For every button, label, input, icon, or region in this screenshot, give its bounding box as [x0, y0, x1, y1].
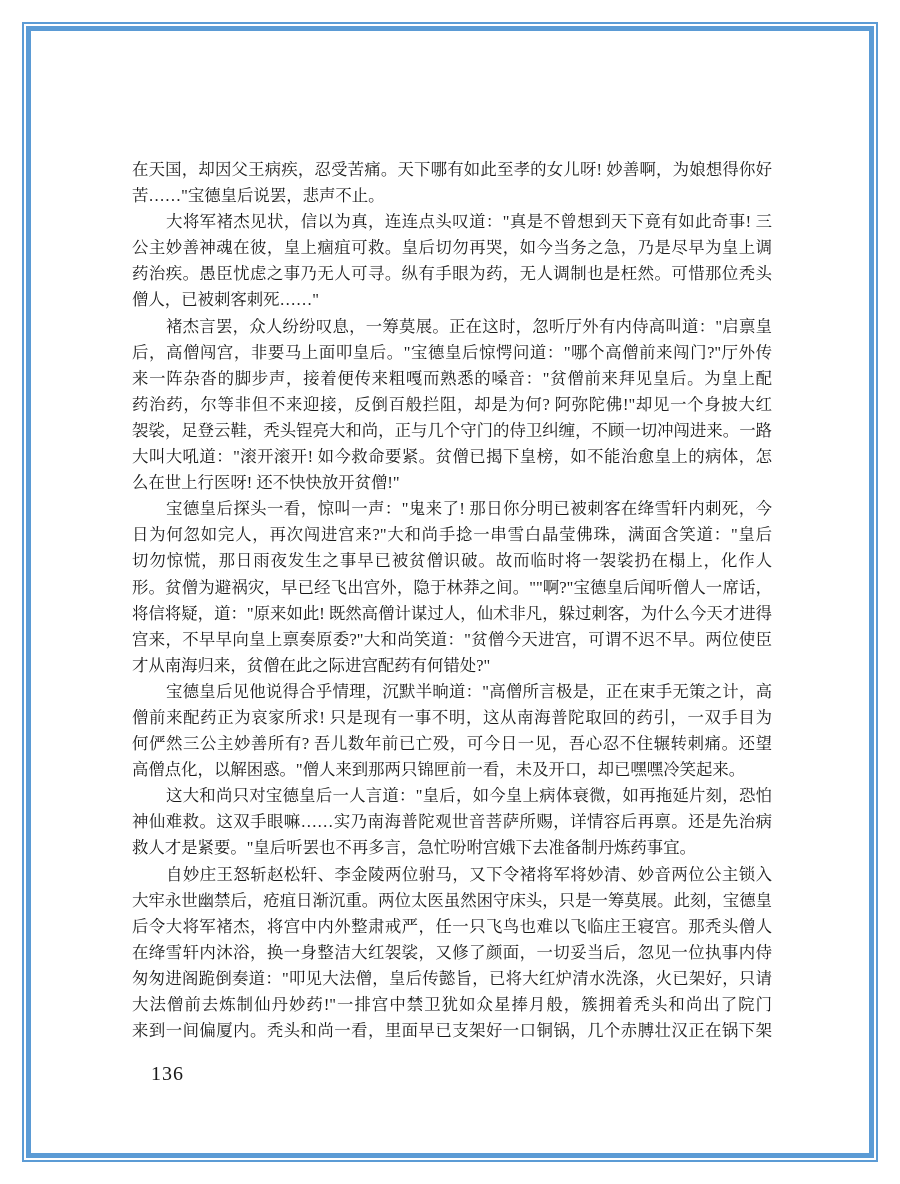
text-line: 自妙庄王怒斩赵松轩、李金陵两位驸马，又下令褚将军将妙清、妙音两位公主锁入 — [132, 862, 772, 888]
text-line: 来到一间偏厦内。秃头和尚一看，里面早已支架好一口铜锅，几个赤膊壮汉正在锅下架 — [132, 1018, 772, 1044]
text-line: 宝德皇后探头一看，惊叫一声："鬼来了! 那日你分明已被刺客在绛雪轩内刺死，今 — [132, 496, 772, 522]
text-line: 切勿惊慌，那日雨夜发生之事早已被贫僧识破。故而临时将一袈裟扔在榻上，化作人 — [132, 548, 772, 574]
text-line: 后，高僧闯宫，非要马上面叩皇后。"宝德皇后惊愕问道："哪个高僧前来闯门?"厅外传 — [132, 340, 772, 366]
text-line: 么在世上行医呀! 还不快快放开贫僧!" — [132, 470, 772, 496]
text-line: 匆匆进阁跪倒奏道："叩见大法僧，皇后传懿旨，已将大红炉清水洗涤，火已架好，只请 — [132, 966, 772, 992]
text-line: 才从南海归来，贫僧在此之际进宫配药有何错处?" — [132, 653, 772, 679]
text-line: 日为何忽如完人，再次闯进宫来?"大和尚手捻一串雪白晶莹佛珠，满面含笑道："皇后 — [132, 522, 772, 548]
text-line: 大牢永世幽禁后，疮疽日渐沉重。两位太医虽然困守床头，只是一筹莫展。此刻，宝德皇 — [132, 888, 772, 914]
text-line: 在绛雪轩内沐浴，换一身整洁大红袈裟，又修了颜面，一切妥当后，忽见一位执事内侍 — [132, 940, 772, 966]
book-page: { "page": { "frame_color": "#5B9BD5", "p… — [0, 0, 900, 1184]
text-line: 何俨然三公主妙善所有? 吾儿数年前已亡殁，可今日一见，吾心忍不住辗转刺痛。还望 — [132, 731, 772, 757]
text-line: 公主妙善神魂在彼，皇上痼疽可救。皇后切勿再哭，如今当务之急，乃是尽早为皇上调 — [132, 235, 772, 261]
text-line: 神仙难救。这双手眼嘛……实乃南海普陀观世音菩萨所赐，详情容后再禀。还是先治病 — [132, 809, 772, 835]
text-line: 僧前来配药正为哀家所求! 只是现有一事不明，这从南海普陀取回的药引，一双手目为 — [132, 705, 772, 731]
text-line: 大将军褚杰见状，信以为真，连连点头叹道："真是不曾想到天下竟有如此奇事! 三 — [132, 209, 772, 235]
text-line: 袈裟，足登云鞋，秃头锃亮大和尚，正与几个守门的侍卫纠缠，不顾一切冲闯进来。一路 — [132, 418, 772, 444]
text-line: 僧人，已被刺客刺死……" — [132, 287, 772, 313]
page-number: 136 — [151, 1063, 184, 1086]
text-line: 在天国，却因父王病疾，忍受苦痛。天下哪有如此至孝的女儿呀! 妙善啊，为娘想得你好 — [132, 157, 772, 183]
text-line: 宫来，不早早向皇上禀奏原委?"大和尚笑道："贫僧今天进宫，可谓不迟不早。两位使臣 — [132, 627, 772, 653]
text-block: 在天国，却因父王病疾，忍受苦痛。天下哪有如此至孝的女儿呀! 妙善啊，为娘想得你好… — [132, 157, 772, 1044]
text-line: 来一阵杂沓的脚步声，接着便传来粗嘎而熟悉的嗓音："贫僧前来拜见皇后。为皇上配 — [132, 366, 772, 392]
text-line: 苦……"宝德皇后说罢，悲声不止。 — [132, 183, 772, 209]
text-line: 大法僧前去炼制仙丹妙药!"一排宫中禁卫犹如众星捧月般，簇拥着秃头和尚出了院门 — [132, 992, 772, 1018]
text-line: 高僧点化，以解困惑。"僧人来到那两只锦匣前一看，未及开口，却已嘿嘿冷笑起来。 — [132, 757, 772, 783]
text-line: 后令大将军褚杰，将宫中内外整肃戒严，任一只飞鸟也难以飞临庄王寝宫。那秃头僧人 — [132, 914, 772, 940]
text-line: 将信将疑，道："原来如此! 既然高僧计谋过人，仙术非凡，躲过刺客，为什么今天才进… — [132, 601, 772, 627]
text-line: 救人才是紧要。"皇后听罢也不再多言，急忙吩咐宫娥下去准备制丹炼药事宜。 — [132, 835, 772, 861]
text-line: 形。贫僧为避祸灾，早已经飞出宫外，隐于林莽之间。""啊?"宝德皇后闻听僧人一席话… — [132, 575, 772, 601]
text-line: 大叫大吼道："滚开滚开! 如今救命要紧。贫僧已揭下皇榜，如不能治愈皇上的病体，怎 — [132, 444, 772, 470]
text-line: 宝德皇后见他说得合乎情理，沉默半晌道："高僧所言极是，正在束手无策之计，高 — [132, 679, 772, 705]
text-line: 这大和尚只对宝德皇后一人言道："皇后，如今皇上病体衰微，如再拖延片刻，恐怕 — [132, 783, 772, 809]
text-line: 褚杰言罢，众人纷纷叹息，一筹莫展。正在这时，忽听厅外有内侍高叫道："启禀皇 — [132, 314, 772, 340]
text-line: 药治药，尔等非但不来迎接，反倒百般拦阻，却是为何? 阿弥陀佛!"却见一个身披大红 — [132, 392, 772, 418]
text-line: 药治疾。愚臣忧虑之事乃无人可寻。纵有手眼为药，无人调制也是枉然。可惜那位秃头 — [132, 261, 772, 287]
